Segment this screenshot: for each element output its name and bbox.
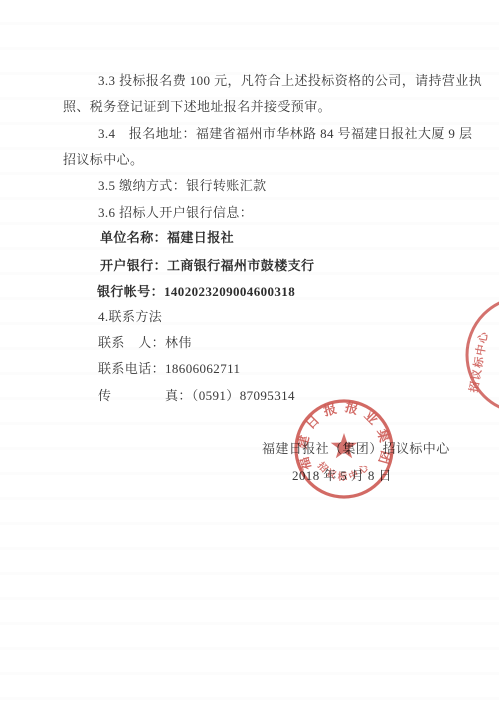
doc-line-bank-info-head: 3.6 招标人开户银行信息：: [98, 204, 253, 222]
doc-line-bid-fee-cont: 照、税务登记证到下述地址报名并接受预审。: [63, 98, 331, 116]
doc-line-fax: 传 真：（0591）87095314: [98, 387, 295, 405]
doc-line-contact-head: 4.联系方法: [98, 308, 162, 326]
doc-line-address-cont: 招议标中心。: [63, 151, 143, 169]
seal-bottom-text: 招议标中心: [314, 459, 373, 483]
doc-line-bid-fee: 3.3 投标报名费 100 元，凡符合上述投标资格的公司，请持营业执: [98, 72, 482, 90]
doc-line-unit-name: 单位名称：福建日报社: [100, 229, 234, 247]
doc-line-payment-method: 3.5 缴纳方式：银行转账汇款: [98, 177, 267, 195]
doc-line-address: 3.4 报名地址：福建省福州市华林路 84 号福建日报社大厦 9 层: [98, 125, 472, 143]
star-icon: [331, 433, 358, 458]
doc-line-contact-person: 联系 人：林伟: [98, 334, 192, 352]
doc-line-bank-account: 银行帐号：1402023209004600318: [97, 283, 295, 301]
edge-seal-partial: 招议标中心: [455, 290, 499, 420]
official-seal: 福建日报报业集团 招议标中心: [289, 394, 399, 504]
doc-line-bank-name: 开户银行：工商银行福州市鼓楼支行: [100, 257, 314, 275]
doc-line-contact-phone: 联系电话：18606062711: [98, 360, 240, 378]
scanned-document-page: 3.3 投标报名费 100 元，凡符合上述投标资格的公司，请持营业执 照、税务登…: [0, 0, 499, 707]
